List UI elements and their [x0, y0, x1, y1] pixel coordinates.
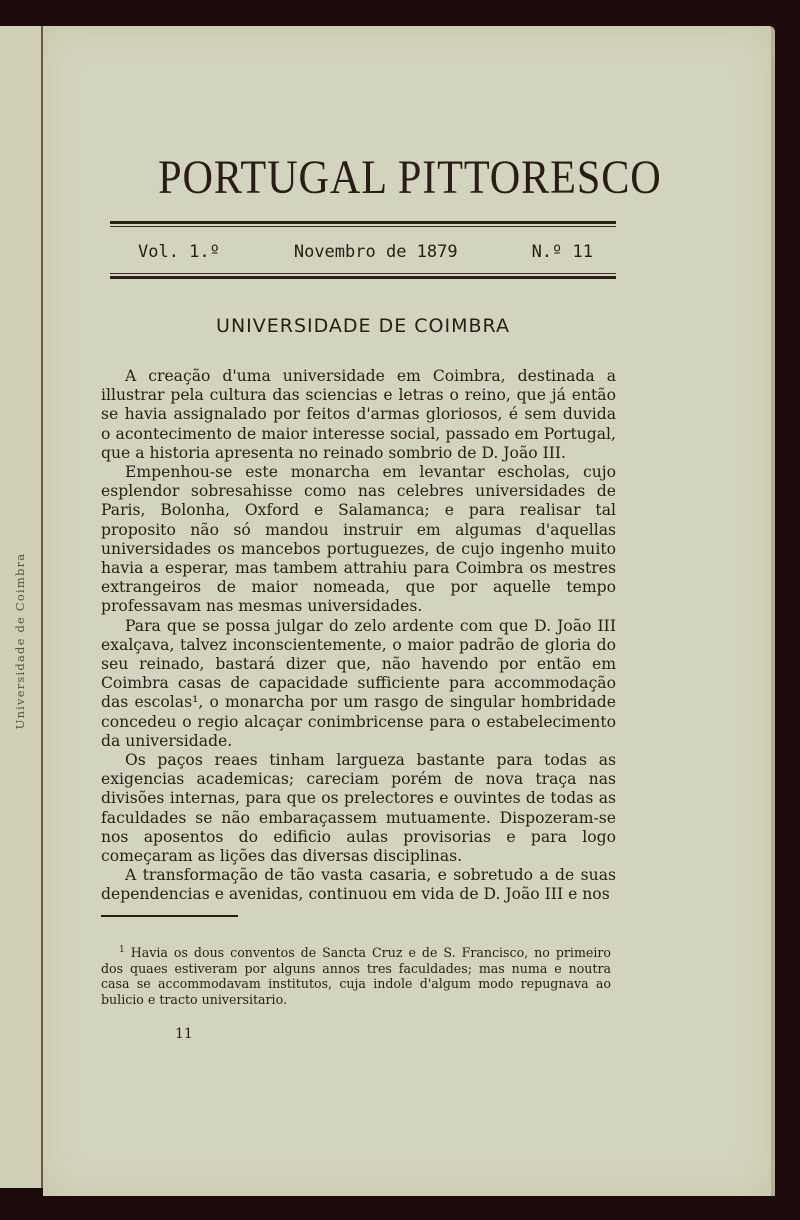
- masthead-title: PORTUGAL PITTORESCO: [158, 150, 586, 205]
- article-body: A creação d'uma universidade em Coimbra,…: [101, 367, 616, 905]
- footnote: 1 Havia os dous conventos de Sancta Cruz…: [101, 943, 611, 1007]
- footnote-divider: [101, 915, 238, 917]
- page: PORTUGAL PITTORESCO Vol. 1.º Novembro de…: [43, 26, 775, 1196]
- masthead-rule-bottom-thin: [110, 273, 616, 274]
- article-title: UNIVERSIDADE DE COIMBRA: [110, 315, 616, 337]
- issue-date: Novembro de 1879: [294, 242, 458, 262]
- paragraph: Os paços reaes tinham largueza bastante …: [101, 751, 616, 866]
- masthead-rule-top: [110, 221, 616, 224]
- paragraph: Para que se possa julgar do zelo ardente…: [101, 617, 616, 751]
- masthead-rule-top-thin: [110, 226, 616, 227]
- masthead-rule-bottom: [110, 276, 616, 279]
- adjacent-page-edge: Universidade de Coimbra: [0, 26, 43, 1188]
- paragraph: A transformação de tão vasta casaria, e …: [101, 866, 616, 904]
- issue-number: N.º 11: [532, 242, 593, 262]
- footnote-marker: 1: [119, 945, 125, 955]
- footnote-text: Havia os dous conventos de Sancta Cruz e…: [101, 945, 611, 1007]
- volume-label: Vol. 1.º: [138, 242, 220, 262]
- issue-line: Vol. 1.º Novembro de 1879 N.º 11: [138, 242, 593, 262]
- paragraph: A creação d'uma universidade em Coimbra,…: [101, 367, 616, 463]
- paragraph: Empenhou-se este monarcha em levantar es…: [101, 463, 616, 617]
- signature-mark: 11: [175, 1026, 193, 1042]
- spine-label: Universidade de Coimbra: [13, 553, 27, 730]
